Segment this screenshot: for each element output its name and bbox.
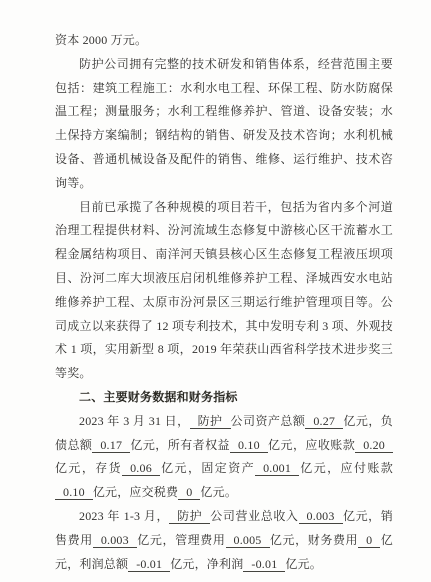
heading-financial-data: 二、主要财务数据和财务指标	[55, 386, 393, 410]
document-body: 资本 2000 万元。防护公司拥有完整的技术研发和销售体系，经营范围主要包括：建…	[55, 29, 393, 576]
text-run: 亿元，管理费用	[137, 533, 226, 547]
text-run: 资本 2000 万元。	[55, 33, 147, 47]
document-page: 资本 2000 万元。防护公司拥有完整的技术研发和销售体系，经营范围主要包括：建…	[0, 0, 431, 582]
para-business-scope: 防护公司拥有完整的技术研发和销售体系，经营范围主要包括：建筑工程施工：水利水电工…	[55, 53, 393, 196]
text-run: 亿元，所有者权益	[130, 438, 230, 452]
text-run: 2023 年 3 月 31 日，	[79, 414, 190, 428]
fill-in-blank-value: -0.01	[128, 557, 170, 572]
fill-in-blank-value: 0.10	[55, 485, 93, 500]
text-run: 目前已承揽了各种规模的项目若干，包括为省内多个河道治理工程提供材料、汾河流域生态…	[55, 200, 393, 381]
fill-in-blank-value: 0.003	[93, 533, 137, 548]
text-run: 公司营业总收入	[210, 509, 298, 523]
fill-in-blank-value: 0.06	[122, 461, 160, 476]
para-balance-sheet-figures: 2023 年 3 月 31 日，防护公司资产总额0.27亿元，负债总额0.17亿…	[55, 410, 393, 505]
para-registered-capital-continuation: 资本 2000 万元。	[55, 29, 393, 53]
para-projects-and-patents: 目前已承揽了各种规模的项目若干，包括为省内多个河道治理工程提供材料、汾河流域生态…	[55, 196, 393, 386]
fill-in-blank-value: 防护	[190, 414, 231, 429]
text-run: 亿元，固定资产	[160, 461, 255, 475]
fill-in-blank-value: -0.01	[243, 557, 285, 572]
text-run: 亿元，应付账款	[299, 461, 393, 475]
fill-in-blank-value: 0	[178, 485, 200, 500]
text-run: 亿元，应收账款	[268, 438, 355, 452]
fill-in-blank-value: 0.005	[226, 533, 270, 548]
fill-in-blank-value: 防护	[169, 509, 210, 524]
text-run: 亿元。	[200, 485, 237, 499]
text-run: 亿元。	[285, 557, 322, 571]
text-run: 亿元，净利润	[170, 557, 243, 571]
para-income-statement-figures: 2023 年 1-3 月，防护公司营业总收入0.003亿元，销售费用0.003亿…	[55, 505, 393, 576]
fill-in-blank-value: 0.20	[355, 438, 393, 453]
text-run: 2023 年 1-3 月，	[79, 509, 169, 523]
fill-in-blank-value: 0.10	[230, 438, 268, 453]
fill-in-blank-value: 0	[358, 533, 380, 548]
text-run: 亿元，财务费用	[270, 533, 359, 547]
fill-in-blank-value: 0.27	[305, 414, 343, 429]
fill-in-blank-value: 0.001	[255, 461, 299, 476]
text-run: 防护公司拥有完整的技术研发和销售体系，经营范围主要包括：建筑工程施工：水利水电工…	[55, 57, 393, 190]
text-run: 二、主要财务数据和财务指标	[79, 390, 238, 404]
fill-in-blank-value: 0.003	[299, 509, 343, 524]
text-run: 亿元，应交税费	[93, 485, 178, 499]
text-run: 亿元，存货	[55, 461, 122, 475]
fill-in-blank-value: 0.17	[92, 438, 130, 453]
text-run: 公司资产总额	[231, 414, 306, 428]
